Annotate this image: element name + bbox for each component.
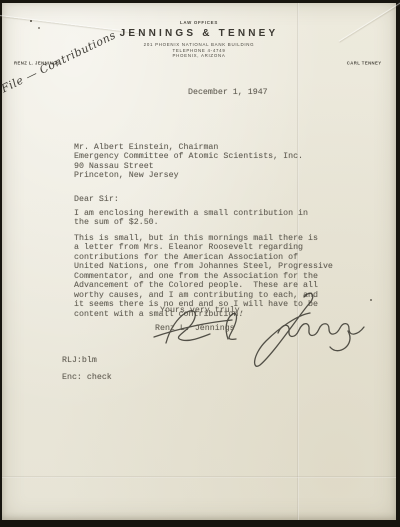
fold-crease-horizontal [2, 476, 396, 478]
date-line: December 1, 1947 [188, 88, 268, 97]
typed-signature-name: Renz L. Jennings [155, 324, 235, 333]
letterhead-address: 201 PHOENIX NATIONAL BANK BUILDING [91, 42, 308, 47]
letterhead-partner-left: RENZ L. JENNINGS [14, 61, 60, 66]
recipient-address-block: Mr. Albert Einstein, Chairman Emergency … [74, 143, 303, 181]
salutation: Dear Sir: [74, 195, 119, 204]
letterhead-firm-name: JENNINGS & TENNEY [2, 28, 396, 39]
reference-initials: RLJ:blm [62, 356, 97, 365]
letterhead-office-type: LAW OFFICES [91, 20, 308, 25]
letterhead-city: PHOENIX, ARIZONA [91, 53, 308, 58]
enclosure-note: Enc: check [62, 373, 112, 382]
paper-speck [370, 299, 372, 301]
paper-speck [30, 20, 32, 22]
letterhead-partner-right: CARL TENNEY [347, 61, 382, 66]
letterhead-telephone: TELEPHONE 4-4749 [91, 48, 308, 53]
body-paragraph-1: I am enclosing herewith a small contribu… [74, 209, 308, 228]
letter-scan: File — Contributions LAW OFFICES JENNING… [0, 0, 400, 527]
paper-sheet: File — Contributions LAW OFFICES JENNING… [2, 3, 396, 520]
